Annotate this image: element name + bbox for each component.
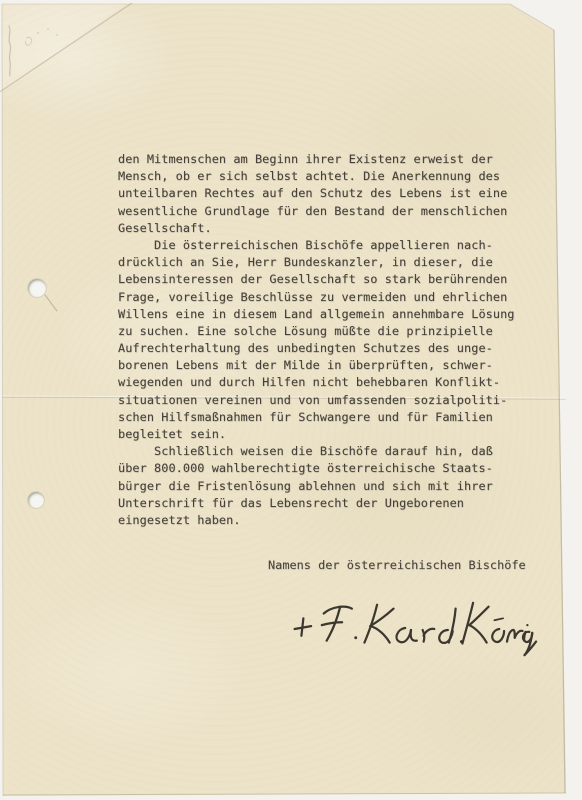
typed-line: situationen vereinen und von umfassenden… (118, 392, 538, 409)
typed-line: Schließlich weisen die Bischöfe darauf h… (118, 443, 538, 460)
typed-line: zu suchen. Eine solche Lösung müßte die … (118, 323, 538, 340)
typed-line: Mensch, ob er sich selbst achtet. Die An… (118, 168, 538, 185)
signature-koenig (284, 597, 538, 661)
typed-line: Willens eine in diesem Land allgemein an… (118, 306, 538, 323)
typed-line: Aufrechterhaltung des unbedingten Schutz… (118, 340, 538, 357)
typed-line: eingesetzt haben. (118, 512, 538, 529)
typed-line: wiegenden und durch Hilfen nicht behebba… (118, 374, 538, 391)
typed-line: borenen Lebens mit der Milde in überprüf… (118, 357, 538, 374)
typed-line: Die österreichischen Bischöfe appelliere… (118, 237, 538, 254)
typed-line: Unterschrift für das Lebensrecht der Ung… (118, 495, 538, 512)
typed-line: bürger die Fristenlösung ablehnen und si… (118, 478, 538, 495)
typed-line: unteilbaren Rechtes auf den Schutz des L… (118, 185, 538, 202)
typed-line: über 800.000 wahlberechtigte österreichi… (118, 460, 538, 477)
typed-line: wesentliche Grundlage für den Bestand de… (118, 203, 538, 220)
punch-hole-top (28, 279, 46, 297)
typed-line: drücklich an Sie, Herr Bundeskanzler, in… (118, 254, 538, 271)
scanned-letter-page: den Mitmenschen am Beginn ihrer Existenz… (0, 0, 582, 800)
typed-line: Frage, voreilige Beschlüsse zu vermeiden… (118, 289, 538, 306)
typed-line: begleitet sein. (118, 426, 538, 443)
closing-line: Namens der österreichischen Bischöfe (268, 557, 526, 574)
punch-hole-bottom (28, 492, 44, 508)
typed-line: den Mitmenschen am Beginn ihrer Existenz… (118, 151, 538, 168)
typed-line: Gesellschaft. (118, 220, 538, 237)
typed-line: schen Hilfsmaßnahmen für Schwangere und … (118, 409, 538, 426)
letter-body: den Mitmenschen am Beginn ihrer Existenz… (118, 151, 538, 529)
typed-line: Lebensinteressen der Gesellschaft so sta… (118, 271, 538, 288)
